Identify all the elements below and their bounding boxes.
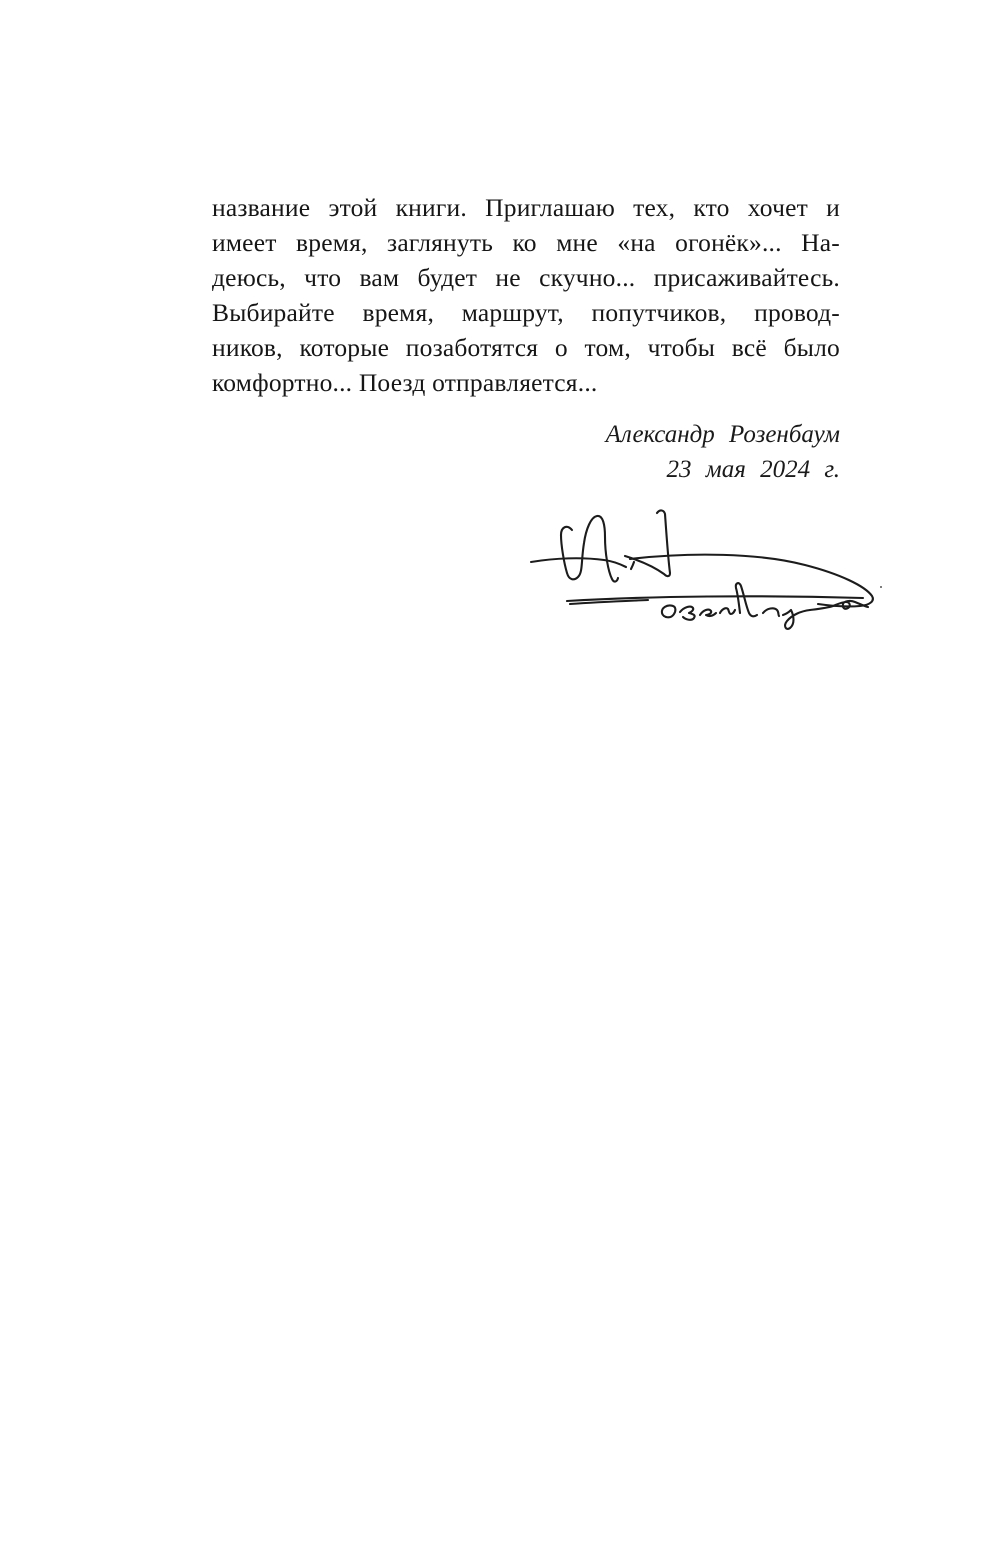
- paragraph-line: Выбирайте время, маршрут, попутчиков, пр…: [212, 295, 840, 330]
- preface-paragraph: название этой книги. Приглашаю тех, кто …: [212, 190, 840, 400]
- signature-stroke: [720, 608, 735, 614]
- signature-stroke: [631, 562, 634, 569]
- signature-svg: [520, 503, 890, 648]
- signature-stroke: [736, 583, 757, 616]
- signature-stroke: [630, 555, 873, 607]
- paragraph-line: название этой книги. Приглашаю тех, кто …: [212, 190, 840, 225]
- paragraph-line: деюсь, что вам будет не скучно... присаж…: [212, 260, 840, 295]
- paragraph-line: комфортно... Поезд отправляется...: [212, 365, 840, 400]
- signature-ink: [531, 510, 882, 628]
- signature-autograph: [520, 503, 890, 648]
- paragraph-line: ников, которые позаботятся о том, чтобы …: [212, 330, 840, 365]
- ink-dot: [880, 586, 882, 588]
- signature-stroke: [783, 610, 810, 629]
- date-line: 23 мая 2024 г.: [606, 452, 840, 487]
- signature-stroke: [561, 516, 618, 582]
- signature-stroke: [662, 605, 676, 617]
- signature-stroke: [700, 610, 716, 616]
- signature-stroke: [763, 608, 779, 616]
- attribution-block: Александр Розенбаум 23 мая 2024 г.: [606, 417, 840, 487]
- author-name: Александр Розенбаум: [606, 417, 840, 452]
- signature-stroke: [567, 596, 863, 601]
- paragraph-line: имеет время, заглянуть ко мне «на огонёк…: [212, 225, 840, 260]
- signature-stroke: [531, 558, 626, 567]
- signature-stroke: [680, 607, 695, 620]
- book-page: название этой книги. Приглашаю тех, кто …: [0, 0, 1000, 1552]
